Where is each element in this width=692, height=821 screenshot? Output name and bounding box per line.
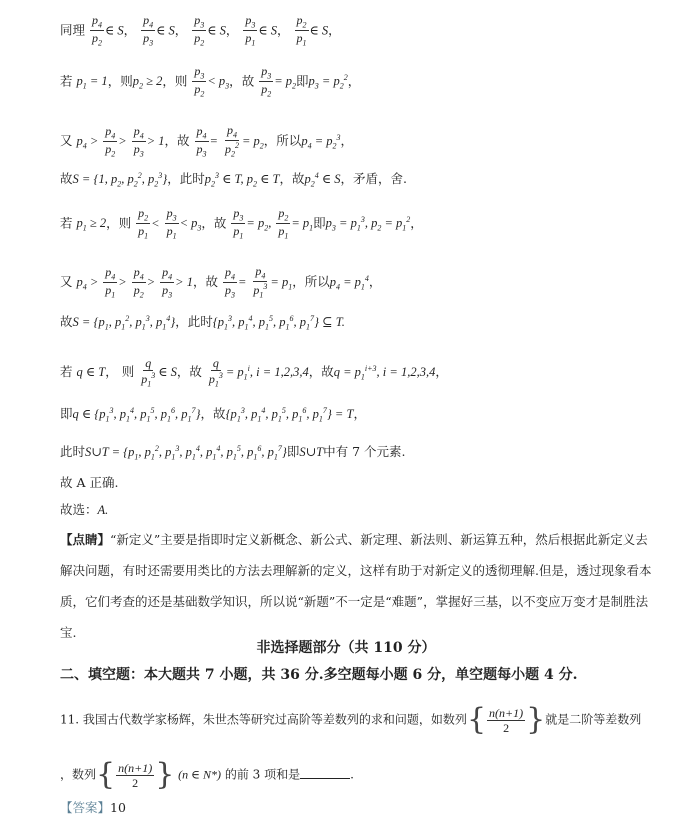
math-line-4: 故S = {1, p2, p22, p23}，此时p23 ∈ T, p2 ∈ T… [60,172,407,189]
label-text: 同理 [60,22,85,37]
fraction: p4p22 [223,124,241,159]
math-line-1: 同理 p4p2∈ S， p4p3∈ S， p3p2∈ S， p3p1∈ S， p… [60,14,341,48]
comment-paragraph: 【点睛】“新定义”主要是指即时定义新概念、新公式、新定理、新法则、新运算五种，然… [60,524,660,648]
question-text: 就是二阶等差数列 [545,713,641,727]
fraction: p3p2 [192,65,206,99]
question-text: ，数列 [60,768,96,782]
fraction: p3p1 [243,14,257,48]
fraction: p3p2 [259,65,273,99]
math-line-6: 又 p4 > p4p1> p4p2> p4p3> 1，故 p4p3= p4p13… [60,265,381,300]
label-text: 则 [120,73,133,88]
fraction: p3p2 [192,14,206,48]
fraction: p2p1 [295,14,309,48]
label-text: 若 [60,364,73,379]
fraction: p4p13 [251,265,269,300]
conclusion-text: 故 A 正确. [60,477,118,490]
label-text: 此时 [188,314,213,329]
math-line-9: 即q ∈ {p13, p14, p15, p16, p17}，故{p13, p1… [60,407,366,424]
fraction: p2p1 [276,207,290,241]
fraction: p4p2 [103,125,117,159]
answer-line: 【答案】10 [60,802,126,815]
left-brace-icon: { [96,757,115,792]
choice-label: 故选： [60,502,98,517]
label-text: 又 [60,274,73,289]
fraction: p4p1 [103,266,117,300]
fraction: n(n+1)2 [487,707,525,734]
fraction: qp13 [207,357,225,388]
label-text: 即 [60,406,73,421]
answer-blank[interactable] [300,766,350,779]
fraction: p4p2 [132,266,146,300]
question-text: 的前 3 项和是 [225,768,300,782]
label-text: 故 [205,274,218,289]
label-text: 若 [60,215,73,230]
label-text: 所以 [276,133,301,148]
label-text: 故 [242,73,255,88]
label-text: 故 [321,364,334,379]
fraction: p4p3 [195,125,209,159]
label-text: 所以 [305,274,330,289]
math-line-10: 此时S∪T = {p1, p12, p13, p14, p14, p15, p1… [60,445,405,462]
label-text: 此时 [60,444,85,459]
condition: (n ∈ N*) [178,768,221,782]
label-text: 故 [60,314,73,329]
math-line-8: 若 q ∈ T， 则 qp13∈ S，故 qp13= p1i, i = 1,2,… [60,357,448,388]
left-brace-icon: { [467,702,486,737]
math-line-2: 若 p1 = 1，则p2 ≥ 2，则 p3p2< p3，故 p3p2= p2即p… [60,65,360,99]
label-text: 故 [213,406,226,421]
math-line-3: 又 p4 > p4p2> p4p3> 1，故 p4p3= p4p22= p2，所… [60,124,353,159]
right-brace-icon: } [526,702,545,737]
label-text: 故 [60,171,73,186]
fraction: p3p1 [231,207,245,241]
fraction: n(n+1)2 [116,762,154,789]
question-number: 11. [60,713,79,727]
section-heading: 二、填空题：本大题共 7 小题，共 36 分.多空题每小题 6 分，单空题每小题… [60,664,577,684]
choice-line: 故选：A. [60,504,108,517]
conclusion: 故 A 正确. [60,475,118,490]
fraction: p4p3 [141,14,155,48]
math-line-7: 故S = {p1, p12, p13, p14}，此时{p13, p14, p1… [60,315,345,332]
label-text: 故 [292,171,305,186]
label-text: 中有 7 个元素. [323,444,405,459]
question-text: 我国古代数学家杨辉，朱世杰等研究过高阶等差数列的求和问题，如数列 [83,713,467,727]
section-title: 非选择题部分（共 110 分） [0,637,692,657]
label-text: 即 [287,444,300,459]
label-text: 即 [313,215,326,230]
fraction: p4p2 [90,14,104,48]
label-text: 即 [296,73,309,88]
fraction: p2p1 [136,207,150,241]
fraction: p4p3 [132,125,146,159]
label-text: 矛盾，舍. [353,171,407,186]
label-text: 此时 [180,171,205,186]
right-brace-icon: } [155,757,174,792]
fraction: p4p3 [160,266,174,300]
label-text: 故 [189,364,202,379]
answer-value: 10 [110,800,126,815]
comment-label: 【点睛】 [60,532,110,547]
fraction: qp13 [139,357,157,388]
fraction: p3p1 [165,207,179,241]
choice-value: A. [98,503,109,517]
label-text: 若 [60,73,73,88]
question-11-line-1: 11. 我国古代数学家杨辉，朱世杰等研究过高阶等差数列的求和问题，如数列{n(n… [60,705,641,735]
comment-text: “新定义”主要是指即时定义新概念、新公式、新定理、新法则、新运算五种，然后根据此… [60,532,651,640]
label-text: 故 [177,133,190,148]
label-text: 则 [175,73,188,88]
question-11-line-2: ，数列{n(n+1)2} (n ∈ N*) 的前 3 项和是. [60,760,354,790]
label-text: 则 [122,364,135,379]
math-line-5: 若 p1 ≥ 2，则 p2p1< p3p1< p3，故 p3p1= p2, p2… [60,207,423,241]
label-text: 故 [214,215,227,230]
label-text: 又 [60,133,73,148]
label-text: 则 [119,215,132,230]
answer-label: 【答案】 [60,800,110,815]
fraction: p4p3 [223,266,237,300]
